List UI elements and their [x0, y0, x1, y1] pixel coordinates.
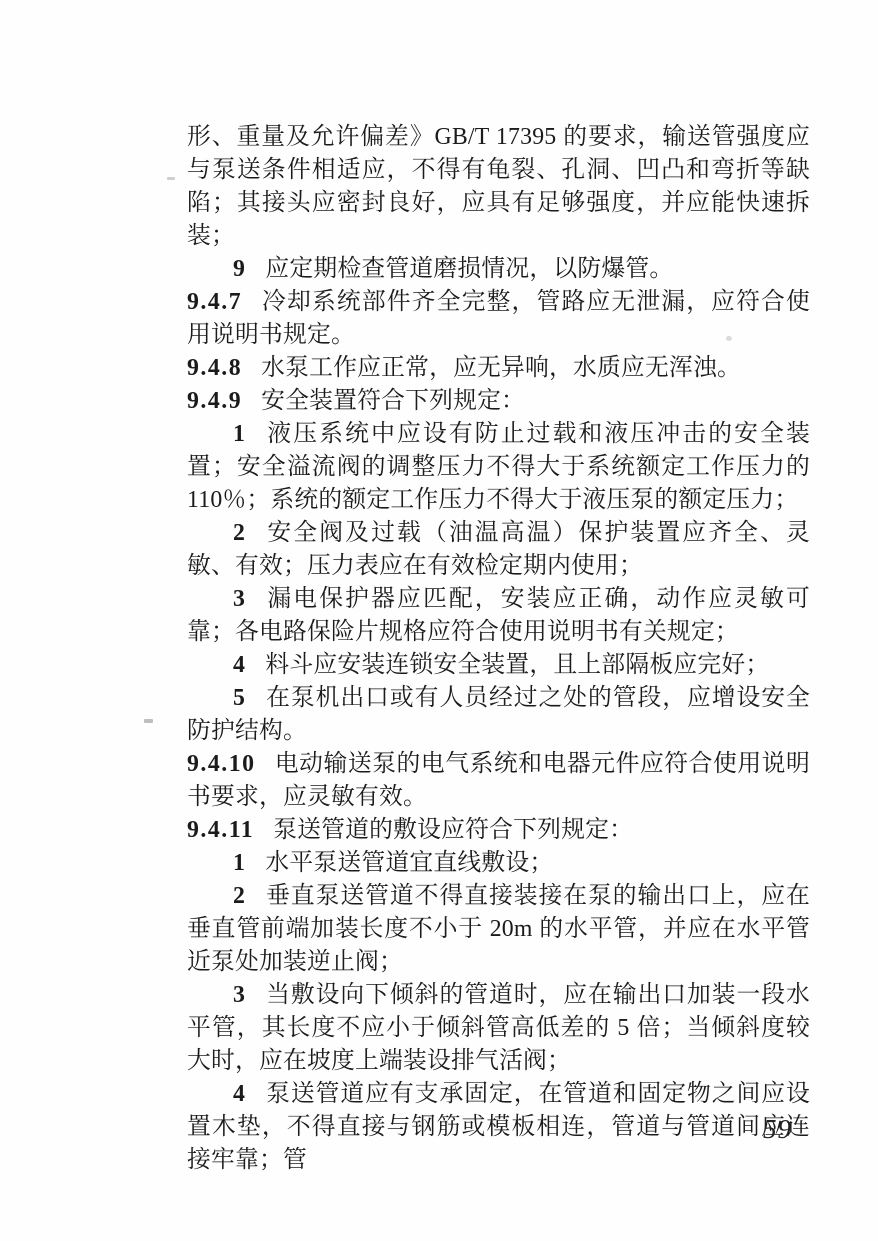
- paragraph-text: 水平泵送管道宜直线敷设；: [265, 850, 553, 876]
- paragraph-text: 冷却系统部件齐全完整，管路应无泄漏，应符合使用说明书规定。: [187, 289, 810, 348]
- paragraph: 3当敷设向下倾斜的管道时，应在输出口加装一段水平管，其长度不应小于倾斜管高低差的…: [187, 979, 810, 1078]
- paragraph-text: 水泵工作应正常，应无异响，水质应无浑浊。: [261, 355, 741, 381]
- paragraph: 4泵送管道应有支承固定，在管道和固定物之间应设置木垫，不得直接与钢筋或模板相连，…: [187, 1078, 810, 1177]
- document-text-block: 形、重量及允许偏差》GB/T 17395 的要求，输送管强度应与泵送条件相适应，…: [187, 121, 810, 1177]
- paragraph-number: 1: [233, 850, 246, 876]
- paragraph: 形、重量及允许偏差》GB/T 17395 的要求，输送管强度应与泵送条件相适应，…: [187, 121, 810, 253]
- paragraph: 4料斗应安装连锁安全装置，且上部隔板应完好；: [187, 649, 810, 682]
- paragraph-text: 安全阀及过载（油温高温）保护装置应齐全、灵敏、有效；压力表应在有效检定期内使用；: [187, 520, 810, 579]
- page-number: 59: [763, 1114, 792, 1145]
- paragraph-number: 9.4.7: [187, 289, 242, 315]
- paragraph: 3漏电保护器应匹配，安装应正确，动作应灵敏可靠；各电路保险片规格应符合使用说明书…: [187, 583, 810, 649]
- paragraph-text: 泵送管道的敷设应符合下列规定：: [273, 817, 633, 843]
- paragraph-text: 料斗应安装连锁安全装置，且上部隔板应完好；: [265, 652, 769, 678]
- paragraph-number: 2: [233, 883, 246, 909]
- paragraph: 9.4.7冷却系统部件齐全完整，管路应无泄漏，应符合使用说明书规定。: [187, 286, 810, 352]
- paragraph: 9.4.10电动输送泵的电气系统和电器元件应符合使用说明书要求，应灵敏有效。: [187, 748, 810, 814]
- paragraph-number: 9.4.9: [187, 388, 242, 414]
- paragraph-number: 9.4.10: [187, 751, 256, 777]
- paragraph-number: 9.4.11: [187, 817, 254, 843]
- paragraph-number: 9: [233, 256, 246, 282]
- paragraph-text: 安全装置符合下列规定：: [261, 388, 525, 414]
- paragraph-text: 当敷设向下倾斜的管道时，应在输出口加装一段水平管，其长度不应小于倾斜管高低差的 …: [187, 982, 810, 1074]
- paragraph-number: 2: [233, 520, 246, 546]
- scan-artifact: [726, 336, 732, 341]
- paragraph-text: 在泵机出口或有人员经过之处的管段，应增设安全防护结构。: [187, 685, 810, 744]
- paragraph-text: 液压系统中应设有防止过载和液压冲击的安全装置；安全溢流阀的调整压力不得大于系统额…: [187, 421, 810, 513]
- paragraph: 9.4.8水泵工作应正常，应无异响，水质应无浑浊。: [187, 352, 810, 385]
- paragraph: 9应定期检查管道磨损情况，以防爆管。: [187, 253, 810, 286]
- paragraph-number: 1: [233, 421, 246, 447]
- paragraph-text: 漏电保护器应匹配，安装应正确，动作应灵敏可靠；各电路保险片规格应符合使用说明书有…: [187, 586, 810, 645]
- paragraph-number: 4: [233, 652, 246, 678]
- paragraph-number: 4: [233, 1081, 246, 1107]
- paragraph: 2垂直泵送管道不得直接装接在泵的输出口上，应在垂直管前端加装长度不小于 20m …: [187, 880, 810, 979]
- paragraph-number: 3: [233, 982, 246, 1008]
- paragraph-text: 应定期检查管道磨损情况，以防爆管。: [265, 256, 673, 282]
- scan-artifact: [144, 719, 153, 723]
- paragraph-text: 泵送管道应有支承固定，在管道和固定物之间应设置木垫，不得直接与钢筋或模板相连，管…: [187, 1081, 810, 1173]
- paragraph-text: 垂直泵送管道不得直接装接在泵的输出口上，应在垂直管前端加装长度不小于 20m 的…: [187, 883, 810, 975]
- paragraph: 2安全阀及过载（油温高温）保护装置应齐全、灵敏、有效；压力表应在有效检定期内使用…: [187, 517, 810, 583]
- document-page: 形、重量及允许偏差》GB/T 17395 的要求，输送管强度应与泵送条件相适应，…: [0, 0, 878, 1241]
- paragraph: 9.4.11泵送管道的敷设应符合下列规定：: [187, 814, 810, 847]
- paragraph: 1液压系统中应设有防止过载和液压冲击的安全装置；安全溢流阀的调整压力不得大于系统…: [187, 418, 810, 517]
- paragraph-number: 5: [233, 685, 246, 711]
- scan-artifact: [167, 177, 175, 180]
- paragraph: 5在泵机出口或有人员经过之处的管段，应增设安全防护结构。: [187, 682, 810, 748]
- paragraph: 9.4.9安全装置符合下列规定：: [187, 385, 810, 418]
- paragraph-number: 9.4.8: [187, 355, 242, 381]
- paragraph-number: 3: [233, 586, 246, 612]
- paragraph-text: 电动输送泵的电气系统和电器元件应符合使用说明书要求，应灵敏有效。: [187, 751, 810, 810]
- paragraph: 1水平泵送管道宜直线敷设；: [187, 847, 810, 880]
- paragraph-text: 形、重量及允许偏差》GB/T 17395 的要求，输送管强度应与泵送条件相适应，…: [187, 124, 810, 249]
